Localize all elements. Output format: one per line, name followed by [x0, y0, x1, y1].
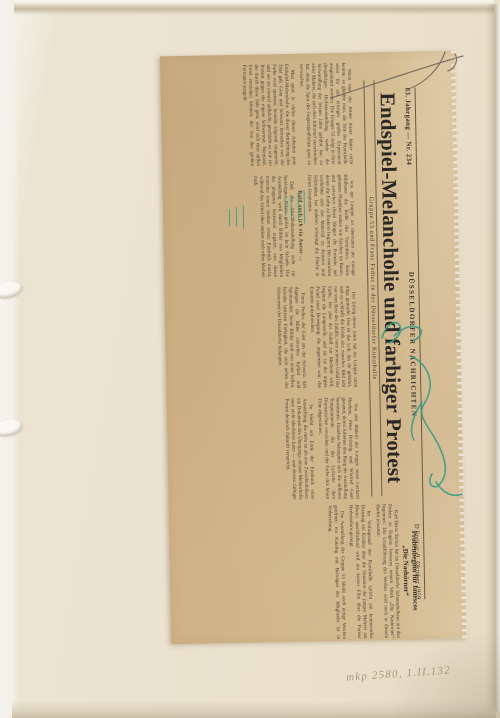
- paragraph: Franz Fedier, der Gast aus der Schweiz, …: [274, 287, 306, 389]
- page-edge-right: [486, 4, 500, 712]
- paragraph: So bleibt am Ende der Eindruck einer Aus…: [282, 398, 314, 500]
- paragraph: Von der Gruppe 53 übernahm der einzige B…: [305, 174, 355, 276]
- notice-extra: Im Vortragssaal der Kunsthalle spricht a…: [347, 504, 374, 638]
- scrapbook-page: 83. Jahrgang — Nr. 234 DÜSSELDORFER NACH…: [0, 0, 500, 718]
- body-column-2: Von der Gruppe 53 übernahm der einzige B…: [166, 174, 355, 279]
- page-edge-left: [0, 0, 20, 718]
- notice-box: Probenbeginn für Ionescos „Die Nashörner…: [174, 504, 421, 643]
- paragraph: Von den Malern der Gruppe seien Gerhard …: [315, 397, 359, 499]
- body-column-4: Von den Malern der Gruppe seien Gerhard …: [170, 397, 359, 502]
- notice-body: Karl Heinz Stroux hat im Düsseldorfer Sc…: [374, 504, 401, 638]
- paragraph: Der Erfolg dieser Jahre hat die Gruppe n…: [307, 286, 357, 388]
- page-edge-top: [14, 0, 494, 15]
- article-body: Wenn man die Bilder dieser Maler nicht k…: [164, 63, 359, 503]
- notice-extra: Die Ausstellung der Gruppe 53 bleibt noc…: [326, 505, 347, 639]
- paragraph: Man spürt in vielen dieser Arbeiten jene…: [240, 64, 296, 167]
- green-underline: [228, 209, 230, 226]
- pen-mark: [323, 46, 468, 104]
- paragraph: Daß die Abschlußausstellung nicht zur be…: [251, 175, 295, 277]
- body-column-3: Der Erfolg dieser Jahre hat die Gruppe n…: [168, 286, 357, 391]
- green-handwriting: [372, 312, 472, 507]
